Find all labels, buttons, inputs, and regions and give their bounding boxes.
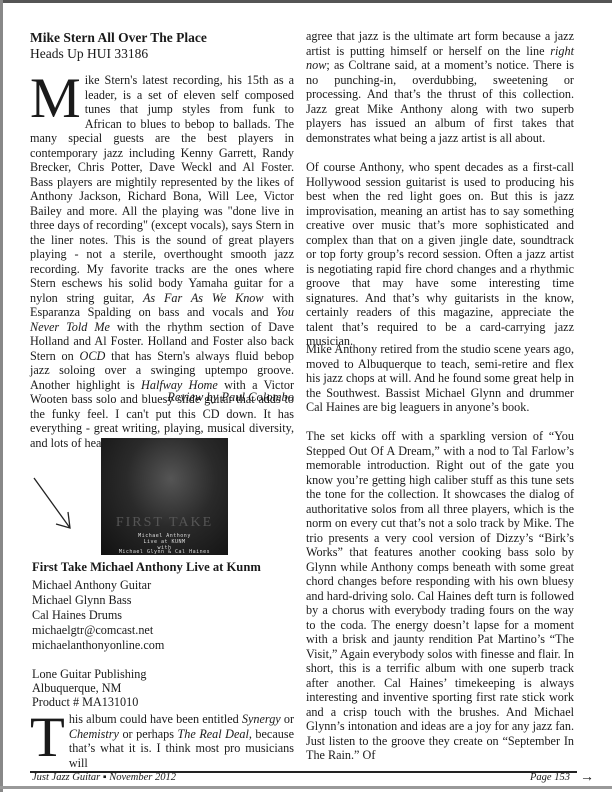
- continue-arrow-icon: →: [580, 770, 594, 786]
- hand-drawn-arrow-icon: [30, 474, 80, 534]
- review1-label: Heads Up HUI 33186: [30, 46, 148, 62]
- personnel-drums: Cal Haines Drums: [32, 608, 164, 623]
- scan-edge-left: [0, 0, 3, 792]
- review2-paragraph-2: Of course Anthony, who spent decades as …: [306, 160, 574, 349]
- publisher-name: Lone Guitar Publishing: [32, 667, 146, 681]
- review2-title: First Take Michael Anthony Live at Kunm: [32, 560, 261, 575]
- review2-publisher: Lone Guitar Publishing Albuquerque, NM P…: [32, 667, 146, 709]
- scan-edge-top: [0, 0, 612, 3]
- review2-paragraph-3: Mike Anthony retired from the studio sce…: [306, 342, 574, 415]
- review2-paragraph-4: The set kicks off with a sparkling versi…: [306, 429, 574, 763]
- dropcap-m: M: [30, 77, 81, 121]
- review1-byline: Review by Paul Colombo: [30, 390, 294, 405]
- review2-paragraph-1: agree that jazz is the ultimate art form…: [306, 29, 574, 145]
- contact-website: michaelanthonyonline.com: [32, 638, 164, 653]
- personnel-bass: Michael Glynn Bass: [32, 593, 164, 608]
- cover-sidemen: Michael Glynn & Cal Haines: [101, 549, 228, 555]
- cover-first-take: FIRST TAKE: [101, 515, 228, 531]
- review2-intro: This album could have been entitled Syne…: [30, 712, 294, 770]
- review2-personnel: Michael Anthony Guitar Michael Glynn Bas…: [32, 578, 164, 653]
- footer-publication: Just Jazz Guitar ▪ November 2012: [32, 772, 176, 783]
- personnel-guitar: Michael Anthony Guitar: [32, 578, 164, 593]
- footer-page-number: Page 153: [530, 772, 570, 783]
- dropcap-t: T: [30, 716, 65, 760]
- publisher-location: Albuquerque, NM: [32, 681, 146, 695]
- album-cover-image: FIRST TAKE Michael Anthony Live at KUNM …: [101, 438, 228, 555]
- contact-email: michaelgtr@comcast.net: [32, 623, 164, 638]
- review1-title: Mike Stern All Over The Place: [30, 30, 207, 46]
- scan-edge-bottom: [0, 786, 612, 789]
